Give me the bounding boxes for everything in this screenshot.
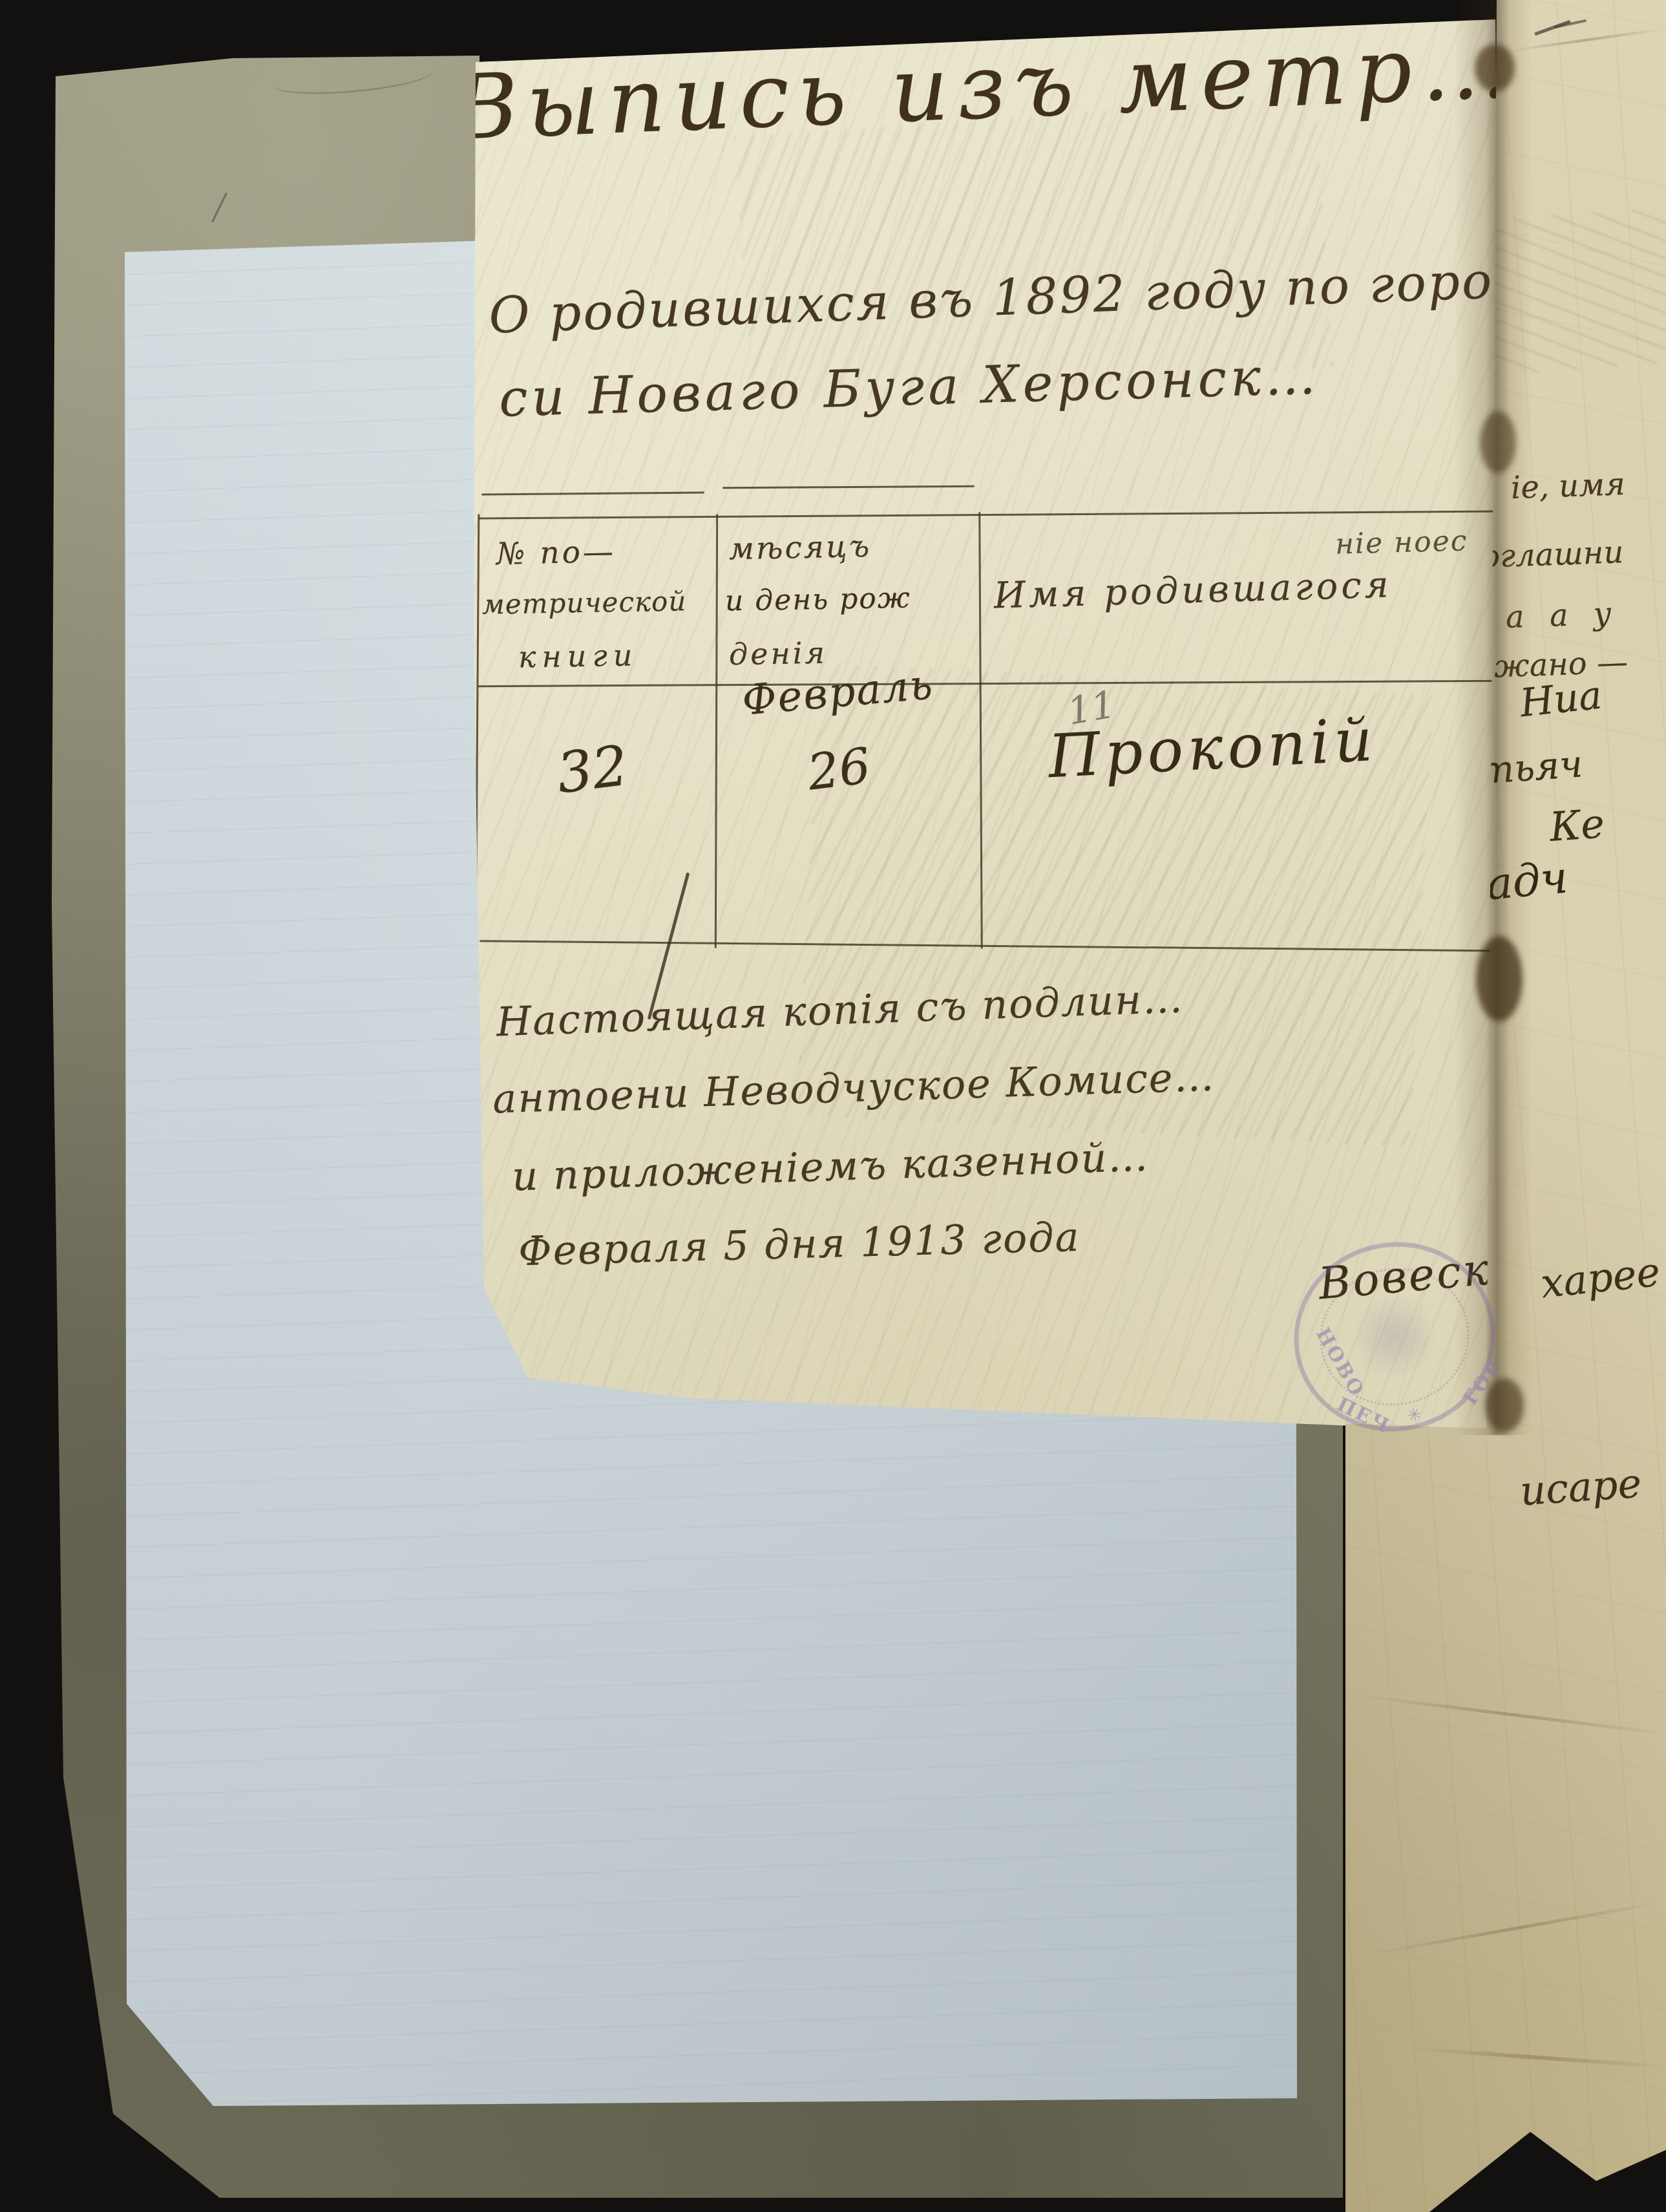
col2-header-line1: мѣсяцъ xyxy=(729,531,872,565)
col1-header-line2: метрической xyxy=(482,588,687,619)
certification-line-4: Февраля 5 дня 1913 года xyxy=(518,1217,1081,1272)
table-col-divider-1 xyxy=(715,514,718,948)
page-title: Выпись изъ метр… xyxy=(451,21,1519,153)
paper-crease xyxy=(1358,1694,1665,1735)
row-day-cell: 26 xyxy=(805,741,873,797)
paper-crease xyxy=(1372,1900,1664,1955)
table-top-rule-short-b xyxy=(722,485,975,489)
col1-header-line3: книги xyxy=(518,640,638,672)
table-top-rule xyxy=(478,510,1503,519)
col2-header-line3: денія xyxy=(729,638,828,670)
fold-stain xyxy=(1476,936,1523,1021)
row-number-cell: 32 xyxy=(554,738,631,802)
pencil-scribble xyxy=(271,56,434,100)
right-signature-fragment-2: исаре xyxy=(1519,1463,1643,1512)
fold-stain xyxy=(1475,44,1515,92)
right-signature-fragment-1: харее xyxy=(1539,1252,1661,1304)
col1-header-line1: № по— xyxy=(496,537,617,569)
certification-line-3: и приложеніемъ казенной… xyxy=(511,1137,1150,1197)
archival-scan-canvas: Выпись изъ метр… О родившихся въ 1892 го… xyxy=(0,0,1666,2212)
subtitle-line-2: си Новаго Буга Херсонск… xyxy=(498,350,1320,424)
pencil-scratch xyxy=(1534,20,1570,36)
col4-header-fragment: ніе ноес xyxy=(1334,527,1468,558)
pencil-tick xyxy=(211,193,227,222)
right-row-fragment-3: Ке xyxy=(1548,803,1606,847)
paper-crease xyxy=(1409,2047,1665,2068)
col3-header: Имя родившагося xyxy=(993,567,1392,614)
fold-crease xyxy=(1454,0,1532,1435)
row-name-cell: Прокопій xyxy=(1047,710,1378,787)
col2-header-line2: и день рож xyxy=(725,584,912,615)
table-top-rule-short-a xyxy=(481,491,704,495)
fold-stain xyxy=(1480,411,1516,473)
